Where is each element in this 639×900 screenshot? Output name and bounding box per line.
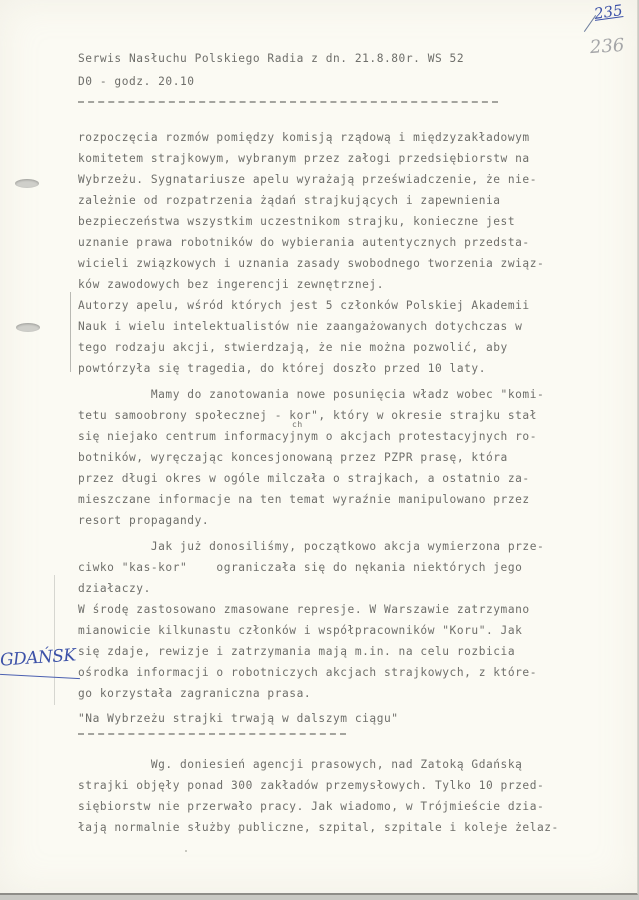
body-line: ośrodka informacji o robotniczych akcjac…: [78, 666, 537, 679]
body-line: Nauk i wielu intelektualistów nie zaanga…: [78, 320, 522, 333]
body-line: się zdaje, rewizje i zatrzymania mają m.…: [78, 645, 515, 658]
body-line: W środę zastosowano zmasowane represje. …: [78, 603, 530, 616]
paper-speck: [238, 828, 240, 830]
body-line: tetu samoobrony społecznej - kor", który…: [78, 409, 537, 422]
folio-strike-mark: [584, 15, 596, 32]
body-line: botników, wyręczając koncesjonowaną prze…: [78, 451, 508, 464]
paper-speck: [185, 850, 187, 852]
body-line: mieszczane informacje na ten temat wyraź…: [78, 493, 530, 506]
section-heading-underline: [78, 733, 346, 735]
body-line: ków zawodowych bez ingerencji zewnętrzne…: [78, 278, 384, 291]
body-line: uznanie prawa robotników do wybierania a…: [78, 236, 530, 249]
body-line: się niejako centrum informacyjnym o akcj…: [78, 430, 537, 443]
body-line: zależnie od rozpatrzenia żądań strajkują…: [78, 194, 501, 207]
punch-hole: [15, 179, 39, 188]
body-line: mianowicie kilkunastu członków i współpr…: [78, 624, 522, 637]
folio-number-previous: 236: [589, 35, 625, 58]
body-line: wicieli związkowych i uznania zasady swo…: [78, 257, 544, 270]
body-line: tego rodzaju akcji, stwierdzają, że nie …: [78, 341, 508, 354]
body-line: siębiorstw nie przerwało pracy. Jak wiad…: [78, 800, 544, 813]
folio-number-current: 235: [593, 1, 624, 23]
margin-mark: [70, 292, 71, 372]
body-line: Jak już donosiliśmy, początkowo akcja wy…: [78, 540, 544, 553]
body-line: powtórzyła się tragedia, do której doszł…: [78, 362, 486, 375]
body-line: Mamy do zanotowania nowe posunięcia wład…: [78, 388, 544, 401]
paper-speck: [498, 826, 500, 828]
document-page: 235 236 Serwis Nasłuchu Polskiego Radia …: [0, 0, 638, 895]
body-line: ciwko "kas-kor" ograniczała się do nękan…: [78, 561, 522, 574]
interlinear-correction: ch: [292, 420, 303, 429]
margin-mark: [54, 575, 55, 705]
header-divider: [78, 101, 498, 103]
body-line: Wg. doniesień agencji prasowych, nad Zat…: [78, 758, 522, 771]
margin-note-gdansk: GDAŃSK: [0, 645, 76, 670]
body-line: resort propagandy.: [78, 514, 209, 527]
body-line: strajki objęły ponad 300 zakładów przemy…: [78, 779, 544, 792]
body-line: działaczy.: [78, 582, 151, 595]
section-heading: "Na Wybrzeżu strajki trwają w dalszym ci…: [78, 712, 399, 725]
document-header-title: Serwis Nasłuchu Polskiego Radia z dn. 21…: [78, 52, 464, 65]
document-header-time: D0 - godz. 20.10: [78, 75, 195, 88]
body-line: łają normalnie służby publiczne, szpital…: [78, 821, 559, 834]
punch-hole: [16, 323, 40, 332]
body-line: przez długi okres w ogóle milczała o str…: [78, 472, 530, 485]
body-line: bezpieczeństwa wszystkim uczestnikom str…: [78, 215, 515, 228]
body-line: Wybrzeżu. Sygnatariusze apelu wyrażają p…: [78, 173, 537, 186]
body-line: rozpoczęcia rozmów pomiędzy komisją rząd…: [78, 131, 530, 144]
body-line: Autorzy apelu, wśród których jest 5 czło…: [78, 299, 530, 312]
body-line: go korzystała zagraniczna prasa.: [78, 687, 311, 700]
margin-note-underline: [0, 674, 80, 679]
body-line: komitetem strajkowym, wybranym przez zał…: [78, 152, 530, 165]
